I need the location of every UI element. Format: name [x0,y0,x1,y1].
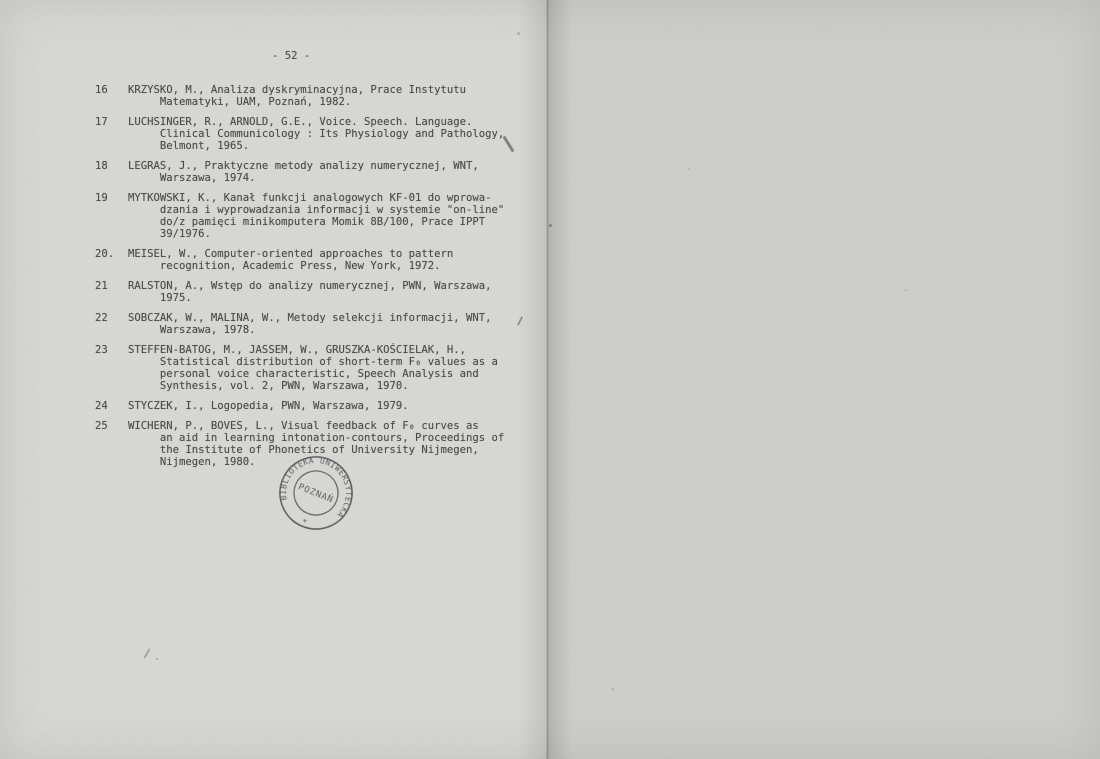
entry-number: 24 [95,400,128,412]
entry-text: MYTKOWSKI, K., Kanał funkcji analogowych… [128,192,504,240]
paper-speck [688,168,690,170]
entry-text: STYCZEK, I., Logopedia, PWN, Warszawa, 1… [128,400,409,412]
entry-text: STEFFEN-BATOG, M., JASSEM, W., GRUSZKA-K… [128,344,498,392]
bib-entry: 16 KRZYSKO, M., Analiza dyskryminacyjna,… [95,84,525,108]
bib-entry: 17 LUCHSINGER, R., ARNOLD, G.E., Voice. … [95,116,525,152]
entry-text: MEISEL, W., Computer-oriented approaches… [128,248,453,272]
stamp-star: * [300,517,308,527]
entry-text: LEGRAS, J., Praktyczne metody analizy nu… [128,160,479,184]
bib-entry: 18 LEGRAS, J., Praktyczne metody analizy… [95,160,525,184]
paper-speck [905,289,907,291]
ink-speck [517,32,520,35]
entry-number: 23 [95,344,128,392]
bib-entry: 22 SOBCZAK, W., MALINA, W., Metody selek… [95,312,525,336]
page-number: - 52 - [272,50,310,62]
paper-speck [549,224,552,227]
left-page: - 52 - 16 KRZYSKO, M., Analiza dyskrymin… [0,0,548,759]
bibliography-list: 16 KRZYSKO, M., Analiza dyskryminacyjna,… [95,84,525,476]
ink-speck [517,316,523,326]
scanned-book-spread: - 52 - 16 KRZYSKO, M., Analiza dyskrymin… [0,0,1100,759]
entry-text: LUCHSINGER, R., ARNOLD, G.E., Voice. Spe… [128,116,504,152]
entry-text: SOBCZAK, W., MALINA, W., Metody selekcji… [128,312,492,336]
bib-entry: 21 RALSTON, A., Wstęp do analizy numeryc… [95,280,525,304]
entry-number: 22 [95,312,128,336]
entry-text: RALSTON, A., Wstęp do analizy numeryczne… [128,280,492,304]
ink-speck [156,658,158,660]
entry-number: 25 [95,420,128,468]
bib-entry: 20. MEISEL, W., Computer-oriented approa… [95,248,525,272]
entry-number: 20. [95,248,128,272]
paper-speck [612,688,614,691]
entry-number: 19 [95,192,128,240]
right-page-blank [549,0,1100,759]
bib-entry: 24 STYCZEK, I., Logopedia, PWN, Warszawa… [95,400,525,412]
entry-number: 16 [95,84,128,108]
stamp-center-text: POZNAŃ [296,480,335,505]
entry-number: 18 [95,160,128,184]
entry-text: KRZYSKO, M., Analiza dyskryminacyjna, Pr… [128,84,466,108]
entry-number: 21 [95,280,128,304]
bib-entry: 23 STEFFEN-BATOG, M., JASSEM, W., GRUSZK… [95,344,525,392]
bib-entry: 19 MYTKOWSKI, K., Kanał funkcji analogow… [95,192,525,240]
entry-number: 17 [95,116,128,152]
ink-speck [143,648,150,659]
